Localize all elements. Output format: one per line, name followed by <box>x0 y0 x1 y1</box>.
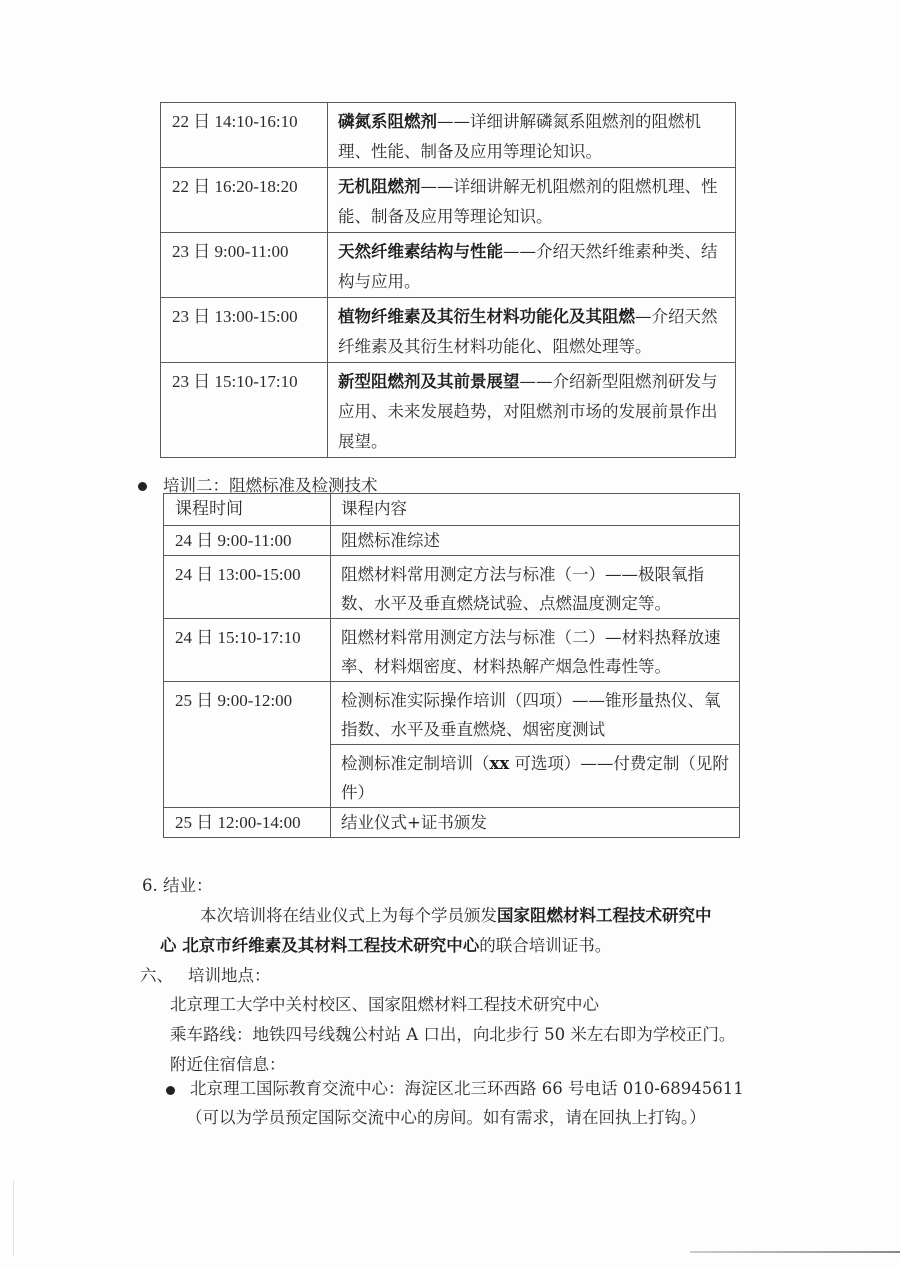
lodging-note: （可以为学员预定国际交流中心的房间。如有需求，请在回执上打钩。） <box>186 1104 706 1128</box>
course-time: 24 日 15:10-17:10 <box>164 619 331 682</box>
scan-edge-line <box>690 1251 900 1253</box>
course-time: 23 日 15:10-17:10 <box>161 363 328 458</box>
course-content: 新型阻燃剂及其前景展望——介绍新型阻燃剂研发与应用、未来发展趋势，对阻燃剂市场的… <box>328 363 736 458</box>
transport-route: 乘车路线：地铁四号线魏公村站 A 口出，向北步行 50 米左右即为学校正门。 <box>170 1021 735 1045</box>
course-content: 磷氮系阻燃剂——详细讲解磷氮系阻燃剂的阻燃机理、性能、制备及应用等理论知识。 <box>328 103 736 168</box>
table-row: 25 日 12:00-14:00 结业仪式+证书颁发 <box>164 808 740 838</box>
lodging-item: 北京理工国际教育交流中心：海淀区北三环西路 66 号电话 010-6894561… <box>190 1075 744 1099</box>
sectionVI-heading: 培训地点： <box>188 962 271 986</box>
table-row: 25 日 9:00-12:00 检测标准实际操作培训（四项）——锥形量热仪、氧指… <box>164 682 740 745</box>
course-content: 天然纤维素结构与性能——介绍天然纤维素种类、结构与应用。 <box>328 233 736 298</box>
section6-line2: 心 北京市纤维素及其材料工程技术研究中心的联合培训证书。 <box>160 932 611 956</box>
lodging-label: 附近住宿信息： <box>170 1051 286 1075</box>
document-page: 22 日 14:10-16:10 磷氮系阻燃剂——详细讲解磷氮系阻燃剂的阻燃机理… <box>0 0 900 1266</box>
section6-heading: 6. 结业： <box>142 872 213 896</box>
course-time: 24 日 13:00-15:00 <box>164 556 331 619</box>
table-row: 24 日 15:10-17:10 阻燃材料常用测定方法与标准（二）—材料热释放速… <box>164 619 740 682</box>
course-content: 植物纤维素及其衍生材料功能化及其阻燃—介绍天然纤维素及其衍生材料功能化、阻燃处理… <box>328 298 736 363</box>
course-content: 检测标准实际操作培训（四项）——锥形量热仪、氧指数、水平及垂直燃烧、烟密度测试 <box>331 682 740 745</box>
table-header-row: 课程时间 课程内容 <box>164 494 740 526</box>
table-row: 23 日 13:00-15:00 植物纤维素及其衍生材料功能化及其阻燃—介绍天然… <box>161 298 736 363</box>
course-time: 24 日 9:00-11:00 <box>164 526 331 556</box>
course-content: 阻燃标准综述 <box>331 526 740 556</box>
training-location: 北京理工大学中关村校区、国家阻燃材料工程技术研究中心 <box>170 991 599 1015</box>
training1-schedule-table: 22 日 14:10-16:10 磷氮系阻燃剂——详细讲解磷氮系阻燃剂的阻燃机理… <box>160 102 736 458</box>
course-time: 23 日 13:00-15:00 <box>161 298 328 363</box>
course-time: 22 日 16:20-18:20 <box>161 168 328 233</box>
header-course-time: 课程时间 <box>164 494 331 526</box>
bullet-icon <box>166 1086 175 1095</box>
course-content: 检测标准定制培训（xx 可选项）——付费定制（见附件） <box>331 745 740 808</box>
course-content: 结业仪式+证书颁发 <box>331 808 740 838</box>
table-row: 23 日 15:10-17:10 新型阻燃剂及其前景展望——介绍新型阻燃剂研发与… <box>161 363 736 458</box>
bullet-icon <box>138 482 147 491</box>
course-time: 25 日 9:00-12:00 <box>164 682 331 808</box>
course-time: 22 日 14:10-16:10 <box>161 103 328 168</box>
section6-line1: 本次培训将在结业仪式上为每个学员颁发国家阻燃材料工程技术研究中 <box>200 902 712 926</box>
table-row: 23 日 9:00-11:00 天然纤维素结构与性能——介绍天然纤维素种类、结构… <box>161 233 736 298</box>
course-time: 23 日 9:00-11:00 <box>161 233 328 298</box>
course-content: 阻燃材料常用测定方法与标准（二）—材料热释放速率、材料烟密度、材料热解产烟急性毒… <box>331 619 740 682</box>
training2-schedule-table: 课程时间 课程内容 24 日 9:00-11:00 阻燃标准综述 24 日 13… <box>163 493 740 838</box>
course-content: 阻燃材料常用测定方法与标准（一）——极限氧指数、水平及垂直燃烧试验、点燃温度测定… <box>331 556 740 619</box>
table-row: 24 日 13:00-15:00 阻燃材料常用测定方法与标准（一）——极限氧指数… <box>164 556 740 619</box>
sectionVI-number: 六、 <box>140 962 173 986</box>
table-row: 22 日 14:10-16:10 磷氮系阻燃剂——详细讲解磷氮系阻燃剂的阻燃机理… <box>161 103 736 168</box>
course-time: 25 日 12:00-14:00 <box>164 808 331 838</box>
header-course-content: 课程内容 <box>331 494 740 526</box>
table-row: 22 日 16:20-18:20 无机阻燃剂——详细讲解无机阻燃剂的阻燃机理、性… <box>161 168 736 233</box>
scan-edge-line <box>13 1180 14 1256</box>
table-row: 24 日 9:00-11:00 阻燃标准综述 <box>164 526 740 556</box>
course-content: 无机阻燃剂——详细讲解无机阻燃剂的阻燃机理、性能、制备及应用等理论知识。 <box>328 168 736 233</box>
